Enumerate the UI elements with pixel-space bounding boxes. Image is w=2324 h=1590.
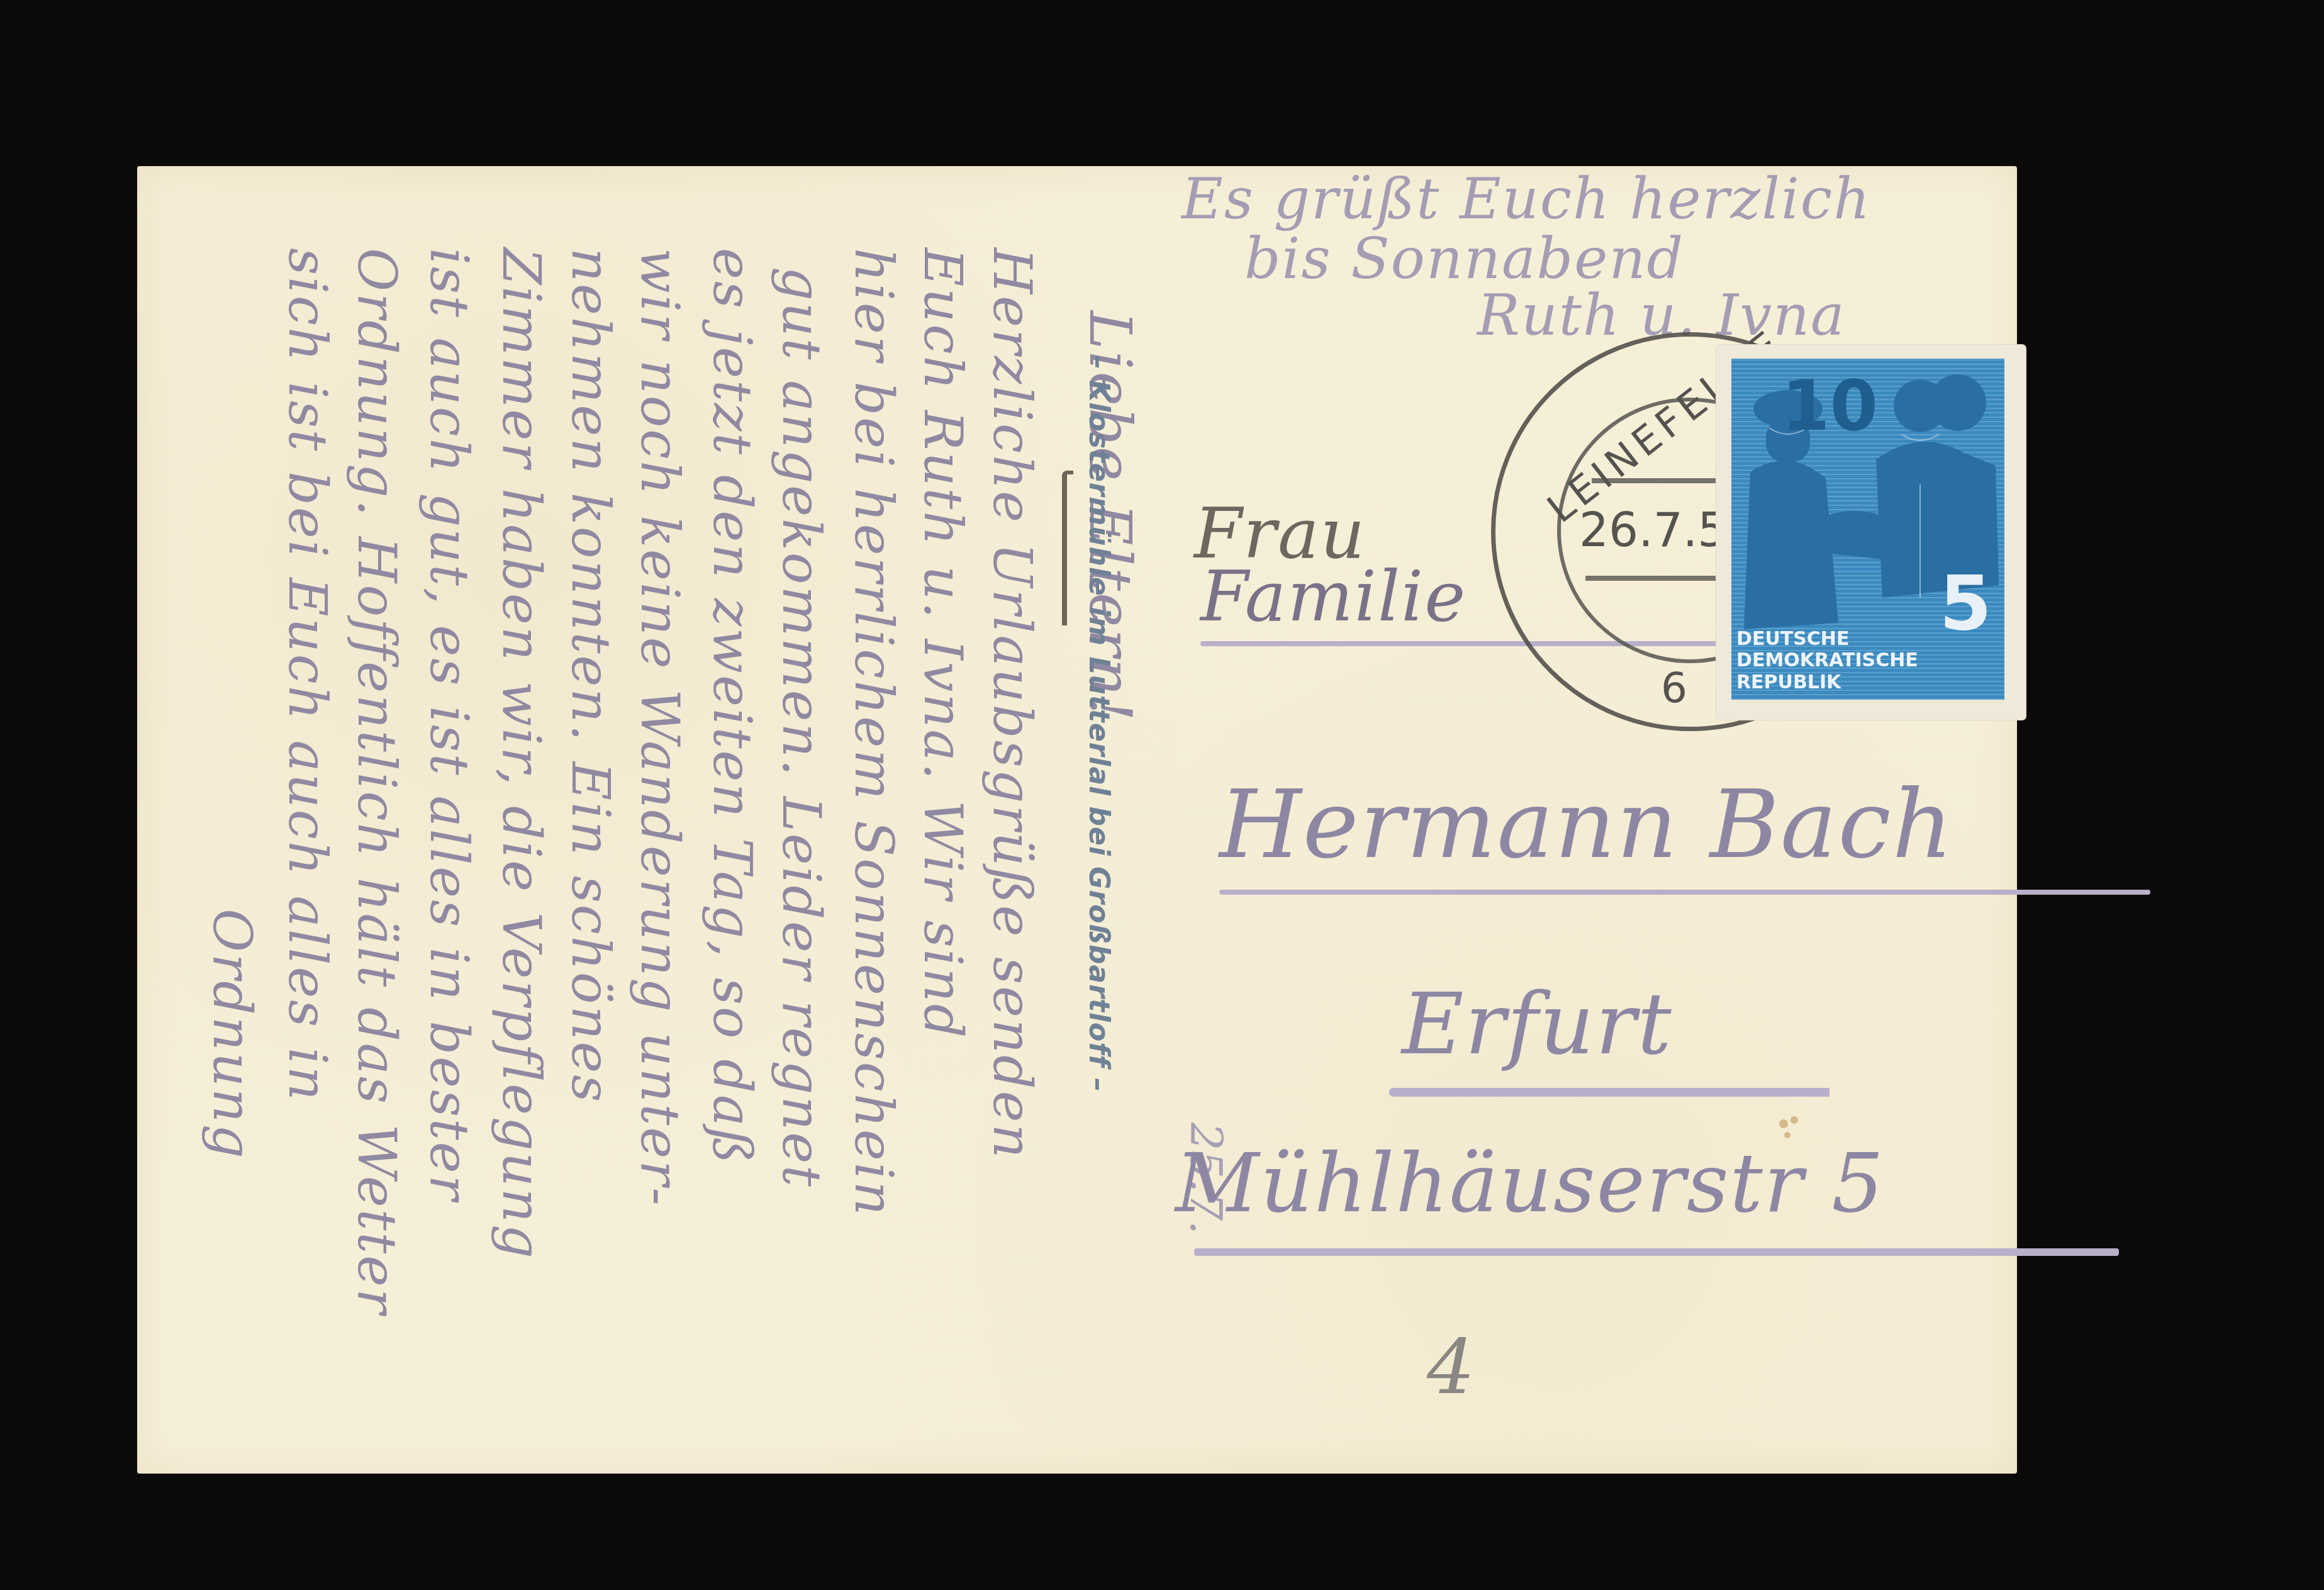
recipient-street: Mühlhäuserstr 5 (1175, 1135, 1885, 1231)
message-line: sich ist bei Euch auch alles in (277, 248, 338, 1102)
stamp-country: DEUTSCHE DEMOKRATISCHE REPUBLIK (1736, 629, 2004, 694)
stamp-design: 10 5 DEUTSCHE DEMOKRATISCHE REPUBLIK (1731, 359, 2004, 700)
stamp-value: 10 (1782, 371, 1878, 440)
address-salutation: Familie (1200, 556, 1466, 637)
message-line: hier bei herrlichem Sonnenschein (843, 248, 905, 1218)
recipient-name: Hermann Bach (1219, 770, 1954, 880)
publisher-imprint: – Klostermühle im Lutterlal bei Großbart… (1083, 356, 1115, 1092)
recipient-city: Erfurt (1402, 975, 1673, 1073)
postmark-code: 6 (1661, 664, 1687, 712)
address-underline (1219, 890, 2150, 895)
greeting-flourish (1062, 471, 1073, 625)
top-note-line: Es grüßt Euch herzlich (1182, 166, 1871, 232)
postal-district: 4 (1427, 1324, 1476, 1411)
message-line: wir noch keine Wanderung unter- (629, 248, 691, 1207)
message-line: Ordnung (201, 909, 263, 1160)
message-line: Herzliche Urlaubsgrüße senden (981, 248, 1043, 1160)
address-underline (1194, 1248, 2119, 1256)
message-line: ist auch gut, es ist alles in bester (418, 248, 480, 1202)
stain (1790, 1116, 1798, 1124)
stamp-country-line1: DEUTSCHE (1736, 629, 2004, 651)
postmark-bar (1585, 576, 1736, 581)
message-line: es jetzt den zweiten Tag, so daß (701, 248, 763, 1165)
message-line: Zimmer haben wir, die Verpflegung (491, 248, 552, 1260)
message-line: Euch Ruth u. Ivna. Wir sind (912, 248, 974, 1039)
message-line: nehmen konnten. Ein schönes (560, 248, 622, 1104)
message-line: Ordnung. Hoffentlich hält das Wetter (346, 248, 408, 1316)
stain (1779, 1119, 1788, 1128)
stain (1784, 1132, 1790, 1138)
message-line: gut angekommen. Leider regnet (771, 267, 832, 1189)
stamp-country-line2: DEMOKRATISCHE REPUBLIK (1736, 650, 2004, 693)
city-underline (1389, 1088, 1830, 1097)
